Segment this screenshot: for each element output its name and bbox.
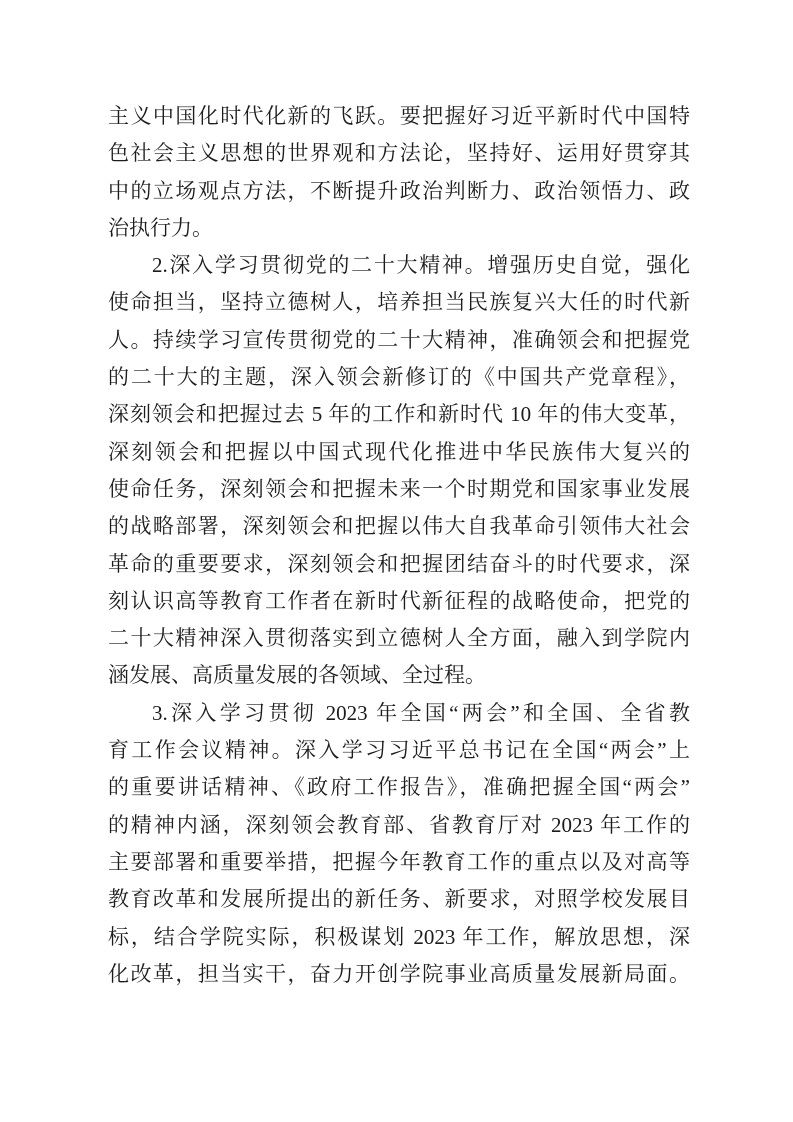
- document-text-block: 主义中国化时代化新的飞跃。要把握好习近平新时代中国特 色社会主义思想的世界观和方…: [108, 98, 690, 993]
- text-line: 治执行力。: [108, 210, 690, 247]
- text-line: 中的立场观点方法，不断提升政治判断力、政治领悟力、政: [108, 173, 690, 210]
- text-line: 二十大精神深入贯彻落实到立德树人全方面，融入到学院内: [108, 620, 690, 657]
- text-line: 主义中国化时代化新的飞跃。要把握好习近平新时代中国特: [108, 98, 690, 135]
- text-line: 的二十大的主题，深入领会新修订的《中国共产党章程》，: [108, 359, 690, 396]
- text-line: 涵发展、高质量发展的各领域、全过程。: [108, 657, 690, 694]
- document-page: 主义中国化时代化新的飞跃。要把握好习近平新时代中国特 色社会主义思想的世界观和方…: [0, 0, 793, 1122]
- text-line: 育工作会议精神。深入学习习近平总书记在全国“两会”上: [108, 732, 690, 769]
- text-line: 深刻领会和把握以中国式现代化推进中华民族伟大复兴的: [108, 434, 690, 471]
- text-line: 教育改革和发展所提出的新任务、新要求，对照学校发展目: [108, 881, 690, 918]
- text-line: 主要部署和重要举措，把握今年教育工作的重点以及对高等: [108, 844, 690, 881]
- text-line: 深刻领会和把握过去 5 年的工作和新时代 10 年的伟大变革，: [108, 396, 690, 433]
- text-line: 色社会主义思想的世界观和方法论，坚持好、运用好贯穿其: [108, 135, 690, 172]
- text-line: 的重要讲话精神、《政府工作报告》，准确把握全国“两会”: [108, 769, 690, 806]
- text-line: 标，结合学院实际，积极谋划 2023 年工作，解放思想，深: [108, 919, 690, 956]
- text-line: 刻认识高等教育工作者在新时代新征程的战略使命，把党的: [108, 583, 690, 620]
- text-line: 的战略部署，深刻领会和把握以伟大自我革命引领伟大社会: [108, 508, 690, 545]
- text-line: 革命的重要要求，深刻领会和把握团结奋斗的时代要求，深: [108, 546, 690, 583]
- text-line: 使命任务，深刻领会和把握未来一个时期党和国家事业发展: [108, 471, 690, 508]
- text-line: 化改革，担当实干，奋力开创学院事业高质量发展新局面。: [108, 956, 690, 993]
- text-line: 3.深入学习贯彻 2023 年全国“两会”和全国、全省教: [108, 695, 690, 732]
- text-line: 的精神内涵，深刻领会教育部、省教育厅对 2023 年工作的: [108, 807, 690, 844]
- text-line: 使命担当，坚持立德树人，培养担当民族复兴大任的时代新: [108, 284, 690, 321]
- text-line: 2.深入学习贯彻党的二十大精神。增强历史自觉，强化: [108, 247, 690, 284]
- text-line: 人。持续学习宣传贯彻党的二十大精神，准确领会和把握党: [108, 322, 690, 359]
